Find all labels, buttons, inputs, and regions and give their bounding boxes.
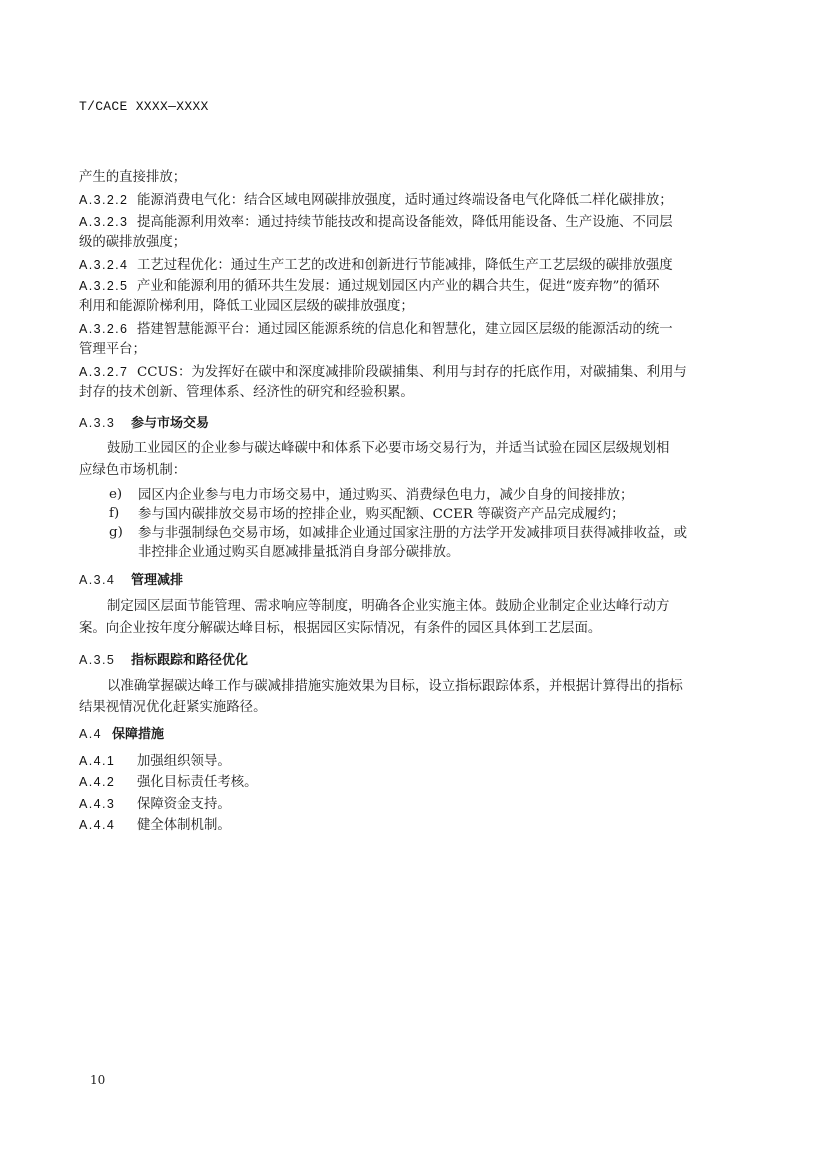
clause-a323: A.3.2.3提高能源利用效率：通过持续节能技改和提高设备能效，降低用能设备、生… bbox=[79, 213, 673, 232]
clause-a326-cont: 管理平台； bbox=[79, 341, 146, 359]
clause-number: A.3.2.3 bbox=[79, 213, 137, 231]
clause-a41: A.4.1加强组织领导。 bbox=[79, 752, 231, 771]
section-heading-a4: A.4保障措施 bbox=[79, 725, 164, 744]
section-number: A.3.4 bbox=[79, 571, 131, 589]
clause-number: A.3.2.2 bbox=[79, 191, 137, 209]
section-heading-a33: A.3.3参与市场交易 bbox=[79, 414, 209, 433]
clause-text: 能源消费电气化：结合区域电网碳排放强度，适时通过终端设备电气化降低二样化碳排放； bbox=[137, 193, 673, 208]
list-item-g-cont: 非控排企业通过购买自愿减排量抵消自身部分碳排放。 bbox=[138, 544, 459, 562]
document-id-header: T/CACE XXXX—XXXX bbox=[79, 99, 209, 114]
paragraph-a34-cont: 案。向企业按年度分解碳达峰目标，根据园区实际情况，有条件的园区具体到工艺层面。 bbox=[79, 620, 601, 638]
section-number: A.3.5 bbox=[79, 651, 131, 669]
section-title: 参与市场交易 bbox=[131, 416, 209, 431]
clause-text: 产业和能源利用的循环共生发展：通过规划园区内产业的耦合共生，促进“废弃物”的循环 bbox=[137, 279, 660, 294]
clause-a324: A.3.2.4工艺过程优化：通过生产工艺的改进和创新进行节能减排，降低生产工艺层… bbox=[79, 256, 673, 275]
list-item-e: 园区内企业参与电力市场交易中，通过购买、消费绿色电力，减少自身的间接排放； bbox=[138, 487, 633, 505]
clause-a327-cont: 封存的技术创新、管理体系、经济性的研究和经验积累。 bbox=[79, 384, 414, 402]
clause-a327: A.3.2.7CCUS：为发挥好在碳中和深度减排阶段碳捕集、利用与封存的托底作用… bbox=[79, 363, 687, 382]
clause-text: 保障资金支持。 bbox=[137, 797, 231, 812]
list-marker-f: f) bbox=[109, 506, 119, 521]
clause-text: 工艺过程优化：通过生产工艺的改进和创新进行节能减排，降低生产工艺层级的碳排放强度 bbox=[137, 258, 673, 273]
paragraph-a35-cont: 结果视情况优化赶紧实施路径。 bbox=[79, 699, 266, 717]
list-item-g: 参与非强制绿色交易市场，如减排企业通过国家注册的方法学开发减排项目获得减排收益，… bbox=[138, 525, 687, 543]
clause-text: CCUS：为发挥好在碳中和深度减排阶段碳捕集、利用与封存的托底作用，对碳捕集、利… bbox=[137, 365, 687, 380]
section-number: A.3.3 bbox=[79, 414, 131, 432]
paragraph-a33-cont: 应绿色市场机制： bbox=[79, 462, 186, 480]
clause-text: 搭建智慧能源平台：通过园区能源系统的信息化和智慧化，建立园区层级的能源活动的统一 bbox=[137, 322, 673, 337]
continuation-line: 产生的直接排放； bbox=[79, 169, 186, 187]
clause-a322: A.3.2.2能源消费电气化：结合区域电网碳排放强度，适时通过终端设备电气化降低… bbox=[79, 191, 673, 210]
clause-text: 健全体制机制。 bbox=[137, 818, 231, 833]
clause-text: 提高能源利用效率：通过持续节能技改和提高设备能效，降低用能设备、生产设施、不同层 bbox=[137, 215, 673, 230]
paragraph-a35: 以准确掌握碳达峰工作与碳减排措施实施效果为目标，设立指标跟踪体系，并根据计算得出… bbox=[107, 678, 683, 696]
clause-a323-cont: 级的碳排放强度； bbox=[79, 234, 186, 252]
paragraph-a33: 鼓励工业园区的企业参与碳达峰碳中和体系下必要市场交易行为，并适当试验在园区层级规… bbox=[107, 440, 669, 458]
clause-a44: A.4.4健全体制机制。 bbox=[79, 816, 231, 835]
clause-number: A.4.1 bbox=[79, 752, 137, 770]
document-page: T/CACE XXXX—XXXX 产生的直接排放； A.3.2.2能源消费电气化… bbox=[0, 0, 826, 1169]
clause-number: A.3.2.7 bbox=[79, 363, 137, 381]
clause-number: A.4.3 bbox=[79, 795, 137, 813]
list-marker-g: g) bbox=[109, 525, 123, 540]
clause-number: A.4.4 bbox=[79, 816, 137, 834]
clause-text: 强化目标责任考核。 bbox=[137, 775, 258, 790]
section-title: 指标跟踪和路径优化 bbox=[131, 653, 248, 668]
clause-number: A.3.2.5 bbox=[79, 277, 137, 295]
list-marker-e: e) bbox=[109, 487, 122, 502]
clause-a326: A.3.2.6搭建智慧能源平台：通过园区能源系统的信息化和智慧化，建立园区层级的… bbox=[79, 320, 673, 339]
clause-number: A.3.2.6 bbox=[79, 320, 137, 338]
section-heading-a34: A.3.4管理减排 bbox=[79, 571, 183, 590]
paragraph-a34: 制定园区层面节能管理、需求响应等制度，明确各企业实施主体。鼓励企业制定企业达峰行… bbox=[107, 598, 669, 616]
clause-number: A.3.2.4 bbox=[79, 256, 137, 274]
clause-number: A.4.2 bbox=[79, 773, 137, 791]
clause-text: 加强组织领导。 bbox=[137, 754, 231, 769]
clause-a43: A.4.3保障资金支持。 bbox=[79, 795, 231, 814]
clause-a325: A.3.2.5产业和能源利用的循环共生发展：通过规划园区内产业的耦合共生，促进“… bbox=[79, 277, 660, 296]
section-number: A.4 bbox=[79, 725, 112, 743]
page-number: 10 bbox=[90, 1073, 105, 1087]
section-heading-a35: A.3.5指标跟踪和路径优化 bbox=[79, 651, 248, 670]
section-title: 保障措施 bbox=[112, 727, 164, 742]
section-title: 管理减排 bbox=[131, 573, 183, 588]
list-item-f: 参与国内碳排放交易市场的控排企业，购买配额、CCER 等碳资产产品完成履约； bbox=[138, 506, 625, 524]
clause-a325-cont: 利用和能源阶梯利用，降低工业园区层级的碳排放强度； bbox=[79, 298, 414, 316]
clause-a42: A.4.2强化目标责任考核。 bbox=[79, 773, 258, 792]
